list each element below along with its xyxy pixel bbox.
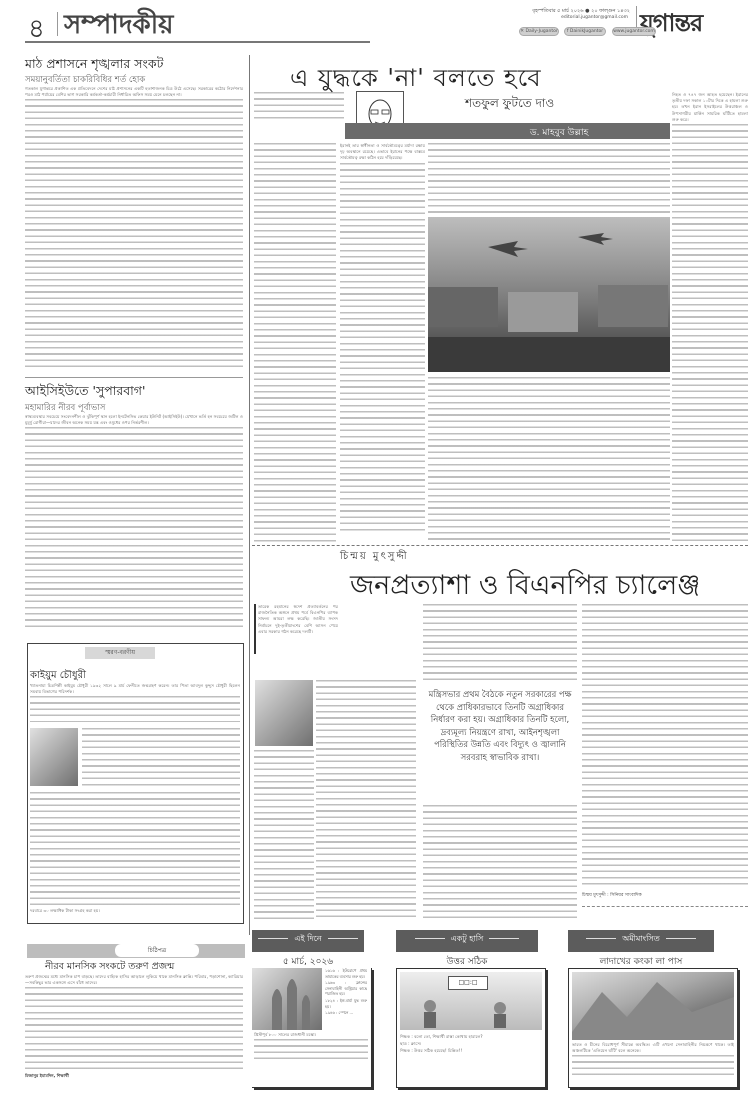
newspaper-logo: যুগান্তর [640, 5, 702, 45]
editorial2-headline: আইসিইউতে 'সুপারবাগ' [25, 383, 145, 403]
flag-iran-icon [598, 285, 668, 327]
box1-header: এই দিনে [252, 930, 364, 952]
box3-title: লাদাখের কংকা লা পাস [568, 954, 714, 969]
article2-body-col2 [423, 604, 577, 684]
social-x-link[interactable]: ✕ Daily-Jugantor [519, 27, 559, 36]
article2-body-col3 [582, 604, 748, 889]
article2-body-col2b [423, 805, 577, 920]
main-body-col2: ইরানই তার স্বাধীনতা ও সার্বভৌমত্বের মর্য… [340, 143, 425, 543]
cathedral-photo [252, 968, 322, 1030]
column-rule [249, 55, 250, 935]
tribute-section-label: স্মরণ-বরণীয় [85, 647, 155, 659]
divider [582, 906, 748, 907]
main-body-above-photo [428, 143, 670, 213]
article2-body-col1 [316, 680, 416, 920]
social-facebook-link[interactable]: f DainikJugantor [564, 27, 606, 36]
letters-body: তরুণ প্রজন্মের মধ্যে মানসিক চাপ বাড়ছে। … [25, 974, 243, 1089]
main-body-right: নিহত ও ৭৪৭ জন আহত হয়েছেন। ইরানের তৃতীয়… [672, 92, 748, 542]
box2-title: উত্তর সঠিক [396, 954, 538, 969]
pull-quote: মন্ত্রিসভার প্রথম বৈঠকে নতুন সরকারের পক্… [423, 688, 577, 764]
box2-dialogue: শিক্ষক : বলো তো, শিক্ষার্থী রাস্তা কোথায… [400, 1034, 542, 1084]
editorial2-subhead: মহামারির নীরব পূর্বাভাস [25, 401, 105, 415]
article2-body-lead: তারেক রহমানের স্বদেশ প্রত্যাবর্তনের পর র… [258, 604, 338, 674]
box3-caption: ভারত ও চীনের বিরোধপূর্ণ সীমান্তে অবস্থিত… [572, 1042, 734, 1084]
main-body-col1 [254, 143, 336, 543]
editorial-email[interactable]: editorial.jugantor@gmail.com [540, 15, 628, 20]
fighter-jet-icon [488, 241, 528, 257]
page-number: ৪ [28, 8, 45, 52]
tribute-lead: খ্যাতনামা চিত্রশিল্পী কাইয়ুম চৌধুরী ১৯৩… [30, 683, 240, 723]
box1-title: ৫ মার্চ, ২০২৬ [252, 954, 364, 969]
editorial1-subhead: সময়ানুবর্তিতা চাকরিবিধির শর্ত হোক [25, 73, 145, 87]
divider [252, 545, 748, 546]
article2-author-footer: চিন্ময় মুৎসুদ্দী : সিনিয়র সাংবাদিক [582, 892, 642, 899]
article2-author-photo [255, 680, 313, 746]
column-subhead: শতফুল ফুটতে দাও [465, 95, 554, 115]
box1-caption: খ্রিস্টপূর্ব ৮০০ সালের রাজধানী মস্কো। [254, 1032, 368, 1072]
kongka-la-photo [572, 972, 734, 1040]
tribute-body-cont: দরবারে ৩০ লক্ষাধিক টাকা সংগ্রহ করা হয়। [30, 792, 240, 920]
classroom-cartoon: □□:□ [400, 972, 542, 1030]
website-link[interactable]: www.jugantor.com [612, 27, 656, 36]
letters-section-label: চিঠিপত্র [115, 944, 199, 957]
flag-israel-icon [508, 292, 578, 332]
flag-usa-icon [428, 287, 498, 327]
article2-body-col1b [254, 750, 314, 920]
letters-headline: নীরব মানসিক সংকটে তরুণ প্রজন্ম [45, 960, 174, 975]
tribute-portrait [30, 728, 78, 786]
article2-author-label: চিন্ময় মুৎসুদ্দী [340, 549, 409, 566]
war-photo [428, 217, 670, 372]
tribute-body [82, 728, 240, 788]
header-rule [25, 41, 370, 43]
editorial1-body: গতকাল যুগান্তরে প্রকাশিত এক প্রতিবেদনে দ… [25, 86, 243, 376]
box1-entries: ১৬১৬ : ইউরোপে প্রথম তামাকের ব্যবসার শুরু… [325, 968, 367, 1030]
divider [636, 6, 637, 28]
main-body-top-left [254, 92, 344, 122]
divider [25, 377, 243, 378]
box2-header: একটু হাসি [396, 930, 538, 952]
byline: ড. মাহবুব উল্লাহ [530, 125, 588, 140]
article2-accent-bar [254, 604, 256, 654]
box3-header: অমীমাংসিত [568, 930, 714, 952]
divider [57, 12, 58, 36]
main-body-below-photo [428, 377, 670, 542]
editorial2-body: স্বাস্থ্যব্যবস্থার সবচেয়ে সংবেদনশীল ও ঝ… [25, 414, 243, 636]
byline-bar [345, 123, 670, 139]
fighter-jet-icon [578, 233, 613, 245]
